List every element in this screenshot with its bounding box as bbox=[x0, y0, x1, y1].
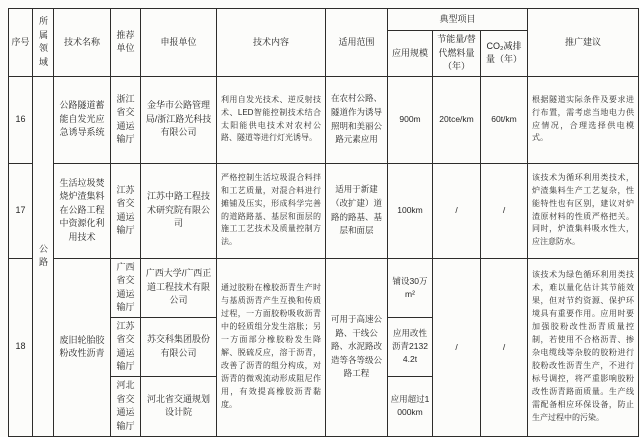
tech-content-cell: 严格控制生活垃圾混合料拌和工艺质量，对混合料进行摊铺及压实，形成科学完善的道路路… bbox=[217, 163, 326, 258]
technology-table: 序号 所属领域 技术名称 推荐单位 申报单位 技术内容 适用范围 典型项目 推广… bbox=[8, 8, 639, 437]
table-row-18-sub1: 18 废旧轮胎胶粉改性沥青 广西省交通运输厅 广西大学/广西正道工程技术有限公司… bbox=[9, 258, 639, 317]
co2-reduction-cell: / bbox=[481, 163, 528, 258]
co2-reduction-cell: 60t/km bbox=[481, 76, 528, 163]
header-recommender: 推荐单位 bbox=[111, 9, 141, 77]
energy-saving-cell: 20tce/km bbox=[433, 76, 481, 163]
document-page: 序号 所属领域 技术名称 推荐单位 申报单位 技术内容 适用范围 典型项目 推广… bbox=[0, 0, 640, 437]
scope-cell: 在农村公路、隧道作为诱导照明和美丽公路元素应用 bbox=[326, 76, 388, 163]
applicant-cell: 金华市公路管理局/浙江路光科技有限公司 bbox=[141, 76, 217, 163]
table-row-16: 16 公路 公路隧道蓄能自发光应急诱导系统 浙江省交通运输厅 金华市公路管理局/… bbox=[9, 76, 639, 163]
scope-cell: 可用于高速公路、干线公路、水泥路改造等各等级公路工程 bbox=[326, 258, 388, 436]
header-serial-number: 序号 bbox=[9, 9, 33, 77]
co2-reduction-cell: / bbox=[481, 258, 528, 436]
scale-cell: 应用改性沥青21324.2t bbox=[388, 317, 433, 376]
header-scope: 适用范围 bbox=[326, 9, 388, 77]
header-suggestion: 推广建议 bbox=[528, 9, 639, 77]
energy-saving-cell: / bbox=[433, 258, 481, 436]
scale-cell: 铺设30万m² bbox=[388, 258, 433, 317]
tech-content-cell: 通过胶粉在橡胶沥青生产时与基质沥青产生互换和传质过程，一方面胶粉吸收沥青中的轻质… bbox=[217, 258, 326, 436]
applicant-cell: 江苏中路工程技术研究院有限公司 bbox=[141, 163, 217, 258]
header-co2-reduction: CO₂减排量（年） bbox=[481, 31, 528, 77]
header-field: 所属领域 bbox=[33, 9, 54, 77]
header-application-scale: 应用规模 bbox=[388, 31, 433, 77]
header-applicant: 申报单位 bbox=[141, 9, 217, 77]
tech-name-cell: 生活垃圾焚烧炉渣集料在公路工程中资源化利用技术 bbox=[54, 163, 111, 258]
header-tech-content: 技术内容 bbox=[217, 9, 326, 77]
tech-name-cell: 废旧轮胎胶粉改性沥青 bbox=[54, 258, 111, 436]
scale-cell: 应用超过1000km bbox=[388, 376, 433, 436]
suggestion-cell: 该技术为绿色循环利用类技术，难以量化估计其节能效果，但对节约资源、保护环境具有重… bbox=[528, 258, 639, 436]
energy-saving-cell: / bbox=[433, 163, 481, 258]
recommender-cell: 江苏省交通运输厅 bbox=[111, 317, 141, 376]
header-energy-saving: 节能量/替代燃料量（年） bbox=[433, 31, 481, 77]
scope-cell: 适用于新建（改扩建）道路的路基、基层和面层 bbox=[326, 163, 388, 258]
table-row-17: 17 生活垃圾焚烧炉渣集料在公路工程中资源化利用技术 江苏省交通运输厅 江苏中路… bbox=[9, 163, 639, 258]
recommender-cell: 广西省交通运输厅 bbox=[111, 258, 141, 317]
recommender-cell: 河北省交通运输厅 bbox=[111, 376, 141, 436]
applicant-cell: 广西大学/广西正道工程技术有限公司 bbox=[141, 258, 217, 317]
field-cell: 公路 bbox=[33, 76, 54, 436]
suggestion-cell: 根据隧道实际条件及要求进行布置，需考虑当地电力供应情况，合理选择供电模式。 bbox=[528, 76, 639, 163]
scale-cell: 100km bbox=[388, 163, 433, 258]
serial-cell: 17 bbox=[9, 163, 33, 258]
tech-name-cell: 公路隧道蓄能自发光应急诱导系统 bbox=[54, 76, 111, 163]
header-typical-project: 典型项目 bbox=[388, 9, 528, 31]
recommender-cell: 江苏省交通运输厅 bbox=[111, 163, 141, 258]
applicant-cell: 河北省交通规划设计院 bbox=[141, 376, 217, 436]
applicant-cell: 苏交科集团股份有限公司 bbox=[141, 317, 217, 376]
suggestion-cell: 该技术为循环利用类技术，炉渣集料生产工艺复杂，性能特性也有区别，建议对炉渣原材料… bbox=[528, 163, 639, 258]
recommender-cell: 浙江省交通运输厅 bbox=[111, 76, 141, 163]
serial-cell: 16 bbox=[9, 76, 33, 163]
header-tech-name: 技术名称 bbox=[54, 9, 111, 77]
tech-content-cell: 利用自发光技术、逆反射技术、LED智能控制技术结合太阳能供电技术对农村公路、隧道… bbox=[217, 76, 326, 163]
serial-cell: 18 bbox=[9, 258, 33, 436]
scale-cell: 900m bbox=[388, 76, 433, 163]
